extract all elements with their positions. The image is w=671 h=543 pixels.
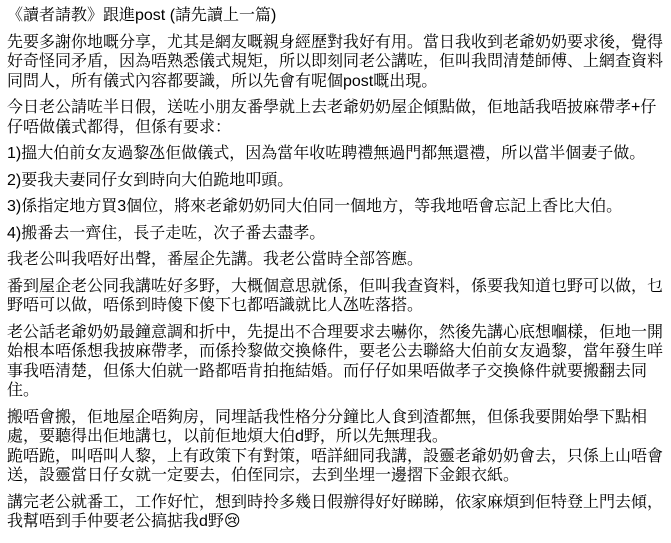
post-paragraph-closing: 講完老公就番工，工作好忙，想到時拎多幾日假辦得好好睇睇，依家麻煩到佢特登上門去傾… <box>7 493 665 532</box>
post-list-item-4: 4)搬番去一齊住，長子走咗，次子番去盡孝。 <box>7 224 665 244</box>
post-list-item-2: 2)要我夫妻同仔女到時向大伯跪地叩頭。 <box>7 171 665 191</box>
post-title: 《讀者請教》跟進post (請先讀上一篇) <box>7 6 665 26</box>
post-paragraph-intro: 先要多謝你地嘅分享，尤其是網友嘅親身經歷對我好有用。當日我收到老爺奶奶要求後，覺… <box>7 33 665 92</box>
post-paragraph-requirements-lead: 今日老公請咗半日假，送咗小朋友番學就上去老爺奶奶屋企傾點做，佢地話我唔披麻帶孝+… <box>7 98 665 137</box>
post-list-item-1: 1)搵大伯前女友過黎氹佢做儀式，因為當年收咗聘禮無過門都無還禮，所以當半個妻子做… <box>7 144 665 164</box>
post-paragraph-research: 番到屋企老公同我講咗好多野，大概個意思就係，佢叫我查資料，係要我知道乜野可以做，… <box>7 277 665 316</box>
post-list-item-3: 3)係指定地方買3個位，將來老爺奶奶同大伯同一個地方，等我地唔會忘記上香比大伯。 <box>7 197 665 217</box>
post-paragraph-husband-agreed: 我老公叫我唔好出聲，番屋企先講。我老公當時全部答應。 <box>7 250 665 270</box>
post-paragraph-bargaining: 老公話老爺奶奶最鐘意調和折中，先提出不合理要求去嚇你，然後先講心底想嗰樣，佢地一… <box>7 323 665 401</box>
post-body: 《讀者請教》跟進post (請先讀上一篇) 先要多謝你地嘅分享，尤其是網友嘅親身… <box>0 0 671 543</box>
post-paragraph-arrangements: 搬唔會搬，佢地屋企唔夠房，同埋話我性格分分鐘比人食到渣都無，但係我要開始學下點相… <box>7 408 665 486</box>
